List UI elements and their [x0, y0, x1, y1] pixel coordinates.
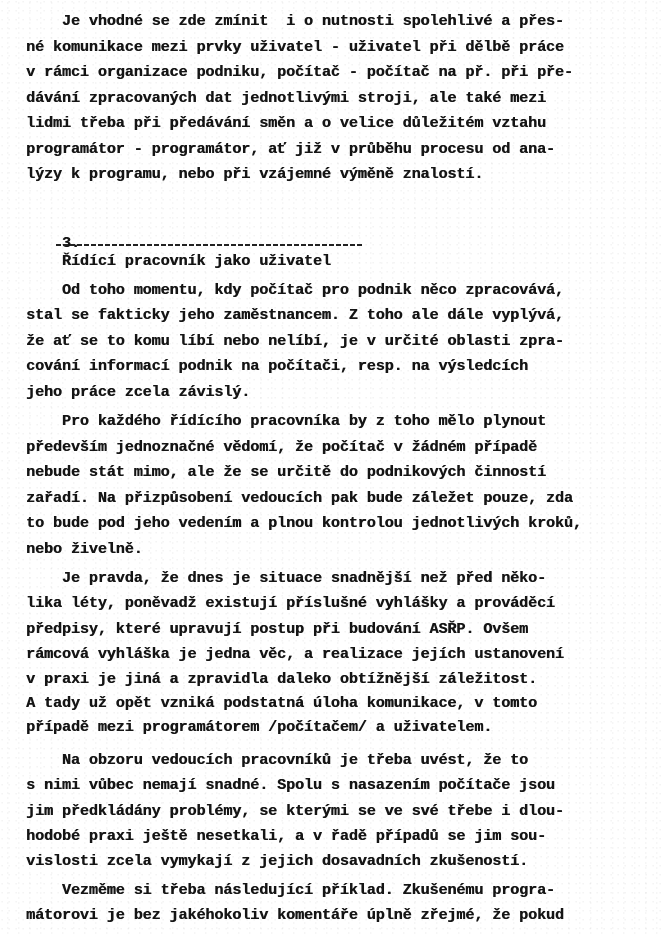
text-line: především jednoznačné vědomí, že počítač… [26, 438, 537, 456]
text-line: s nimi vůbec nemají snadné. Spolu s nasa… [26, 776, 555, 794]
text-line: zařadí. Na přizpůsobení vedoucích pak bu… [26, 489, 573, 507]
text-line: lýzy k programu, nebo při vzájemné výměn… [26, 165, 483, 183]
heading-underline [56, 244, 362, 246]
text-line: stal se fakticky jeho zaměstnancem. Z to… [26, 306, 564, 324]
text-line: Pro každého řídícího pracovníka by z toh… [26, 412, 546, 430]
text-line: mátorovi je bez jakéhokoliv komentáře úp… [26, 906, 564, 924]
section-title: Řídící pracovník jako uživatel [62, 252, 331, 270]
text-line: lidmi třeba při předávání směn a o velic… [26, 114, 546, 132]
text-line: programátor - programátor, ať již v průb… [26, 140, 555, 158]
text-line: jeho práce zcela závislý. [26, 383, 250, 401]
text-line: lika léty, poněvadž existují příslušné v… [26, 594, 555, 612]
section-heading: 3. Řídící pracovník jako uživatel [26, 216, 331, 288]
text-line: nebo živelně. [26, 540, 143, 558]
text-line: cování informací podnik na počítači, res… [26, 357, 528, 375]
text-line: nebude stát mimo, ale že se určitě do po… [26, 463, 546, 481]
text-line: v rámci organizace podniku, počítač - po… [26, 63, 573, 81]
text-line: jim předkládány problémy, se kterými se … [26, 802, 564, 820]
text-line: A tady už opět vzniká podstatná úloha ko… [26, 694, 537, 712]
text-line: rámcová vyhláška je jedna věc, a realiza… [26, 645, 564, 663]
text-line: né komunikace mezi prvky uživatel - uživ… [26, 38, 564, 56]
typewritten-page: Je vhodné se zde zmínit i o nutnosti spo… [0, 0, 666, 934]
text-line: Vezměme si třeba následující příklad. Zk… [26, 881, 555, 899]
text-line: Je vhodné se zde zmínit i o nutnosti spo… [26, 12, 564, 30]
text-line: Od toho momentu, kdy počítač pro podnik … [26, 281, 564, 299]
text-line: hodobé praxi ještě nesetkali, a v řadě p… [26, 827, 546, 845]
text-line: případě mezi programátorem /počítačem/ a… [26, 718, 492, 736]
text-line: v praxi je jiná a zpravidla daleko obtíž… [26, 670, 537, 688]
text-line: že ať se to komu líbí nebo nelíbí, je v … [26, 332, 564, 350]
text-line: vislosti zcela vymykají z jejich dosavad… [26, 852, 528, 870]
text-line: Je pravda, že dnes je situace snadnější … [26, 569, 546, 587]
text-line: dávání zpracovaných dat jednotlivými str… [26, 89, 546, 107]
text-line: předpisy, které upravují postup při budo… [26, 620, 528, 638]
text-line: Na obzoru vedoucích pracovníků je třeba … [26, 751, 528, 769]
text-line: to bude pod jeho vedením a plnou kontrol… [26, 514, 582, 532]
section-number: 3. [62, 234, 80, 252]
